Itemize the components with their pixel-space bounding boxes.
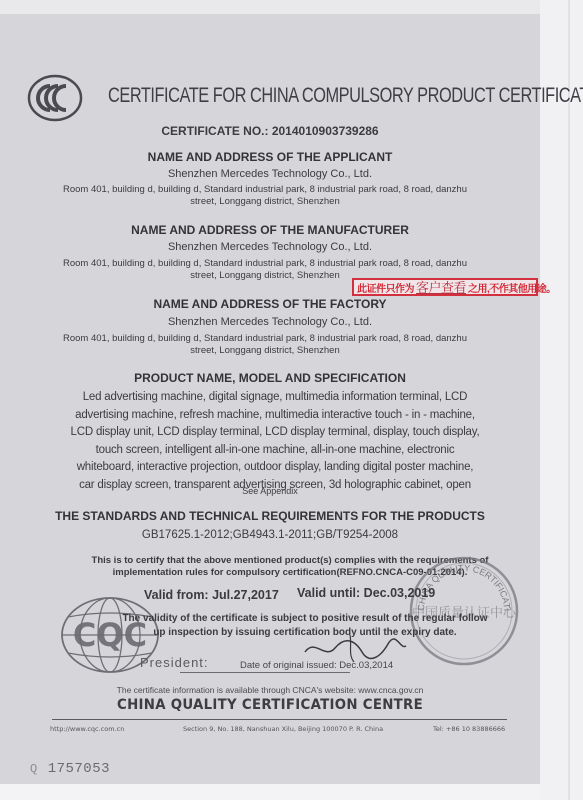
applicant-address: Room 401, building d, building d, Standa… xyxy=(60,184,470,208)
stamp-suffix: 之用,不作其他用途。 xyxy=(468,284,556,295)
valid-until: Valid until: Dec.03,2019 xyxy=(297,586,435,600)
factory-address: Room 401, building d, building d, Standa… xyxy=(60,333,470,357)
scan-edge-line xyxy=(568,0,570,800)
certificate-number: CERTIFICATE NO.: 2014010903739286 xyxy=(0,124,540,138)
footer-website: http://www.cqc.com.cn xyxy=(50,725,124,733)
usage-restriction-stamp: 此证件只作为客户查看之用,不作其他用途。 xyxy=(352,278,538,296)
footer-address: Section 9, No. 188, Nanshuan Xilu, Beiji… xyxy=(183,725,383,733)
seal-text: CHINA QUALITY CERTIFICATION CENTRE xyxy=(408,555,512,611)
product-heading: PRODUCT NAME, MODEL AND SPECIFICATION xyxy=(0,371,540,385)
manufacturer-name: Shenzhen Mercedes Technology Co., Ltd. xyxy=(0,241,540,253)
valid-from: Valid from: Jul.27,2017 xyxy=(144,588,279,602)
scan-right-margin xyxy=(540,0,583,800)
factory-name: Shenzhen Mercedes Technology Co., Ltd. xyxy=(0,316,540,328)
president-label: President: xyxy=(140,655,209,670)
issuing-organization: CHINA QUALITY CERTIFICATION CENTRE xyxy=(22,697,519,713)
manufacturer-heading: NAME AND ADDRESS OF THE MANUFACTURER xyxy=(0,223,540,237)
signature-line xyxy=(180,672,350,673)
original-issue-date: Date of original issued: Dec.03,2014 xyxy=(240,660,393,671)
serial-prefix: Q xyxy=(30,762,38,776)
stamp-prefix: 此证件只作为 xyxy=(357,284,414,295)
standards-values: GB17625.1-2012;GB4943.1-2011;GB/T9254-20… xyxy=(0,529,540,541)
certificate-title: CERTIFICATE FOR CHINA COMPULSORY PRODUCT… xyxy=(108,84,583,108)
cqc-seal-icon: CHINA QUALITY CERTIFICATION CENTRE 中国质量认… xyxy=(408,555,520,667)
footer-divider xyxy=(52,719,507,720)
product-description: Led advertising machine, digital signage… xyxy=(70,389,480,494)
stamp-handwritten: 客户查看 xyxy=(416,281,466,296)
serial-number: Q1757053 xyxy=(30,761,110,777)
ccc-logo-icon xyxy=(26,73,84,123)
factory-heading: NAME AND ADDRESS OF THE FACTORY xyxy=(0,297,540,311)
svg-text:CHINA QUALITY CERTIFICATION CE: CHINA QUALITY CERTIFICATION CENTRE xyxy=(408,555,512,611)
standards-heading: THE STANDARDS AND TECHNICAL REQUIREMENTS… xyxy=(0,509,540,523)
serial-value: 1757053 xyxy=(48,761,110,777)
see-appendix: See Appendix xyxy=(0,486,540,496)
applicant-heading: NAME AND ADDRESS OF THE APPLICANT xyxy=(0,150,540,164)
cnca-info-text: The certificate information is available… xyxy=(0,685,540,695)
applicant-name: Shenzhen Mercedes Technology Co., Ltd. xyxy=(0,168,540,180)
footer-tel: Tel: +86 10 83886666 xyxy=(433,725,505,733)
